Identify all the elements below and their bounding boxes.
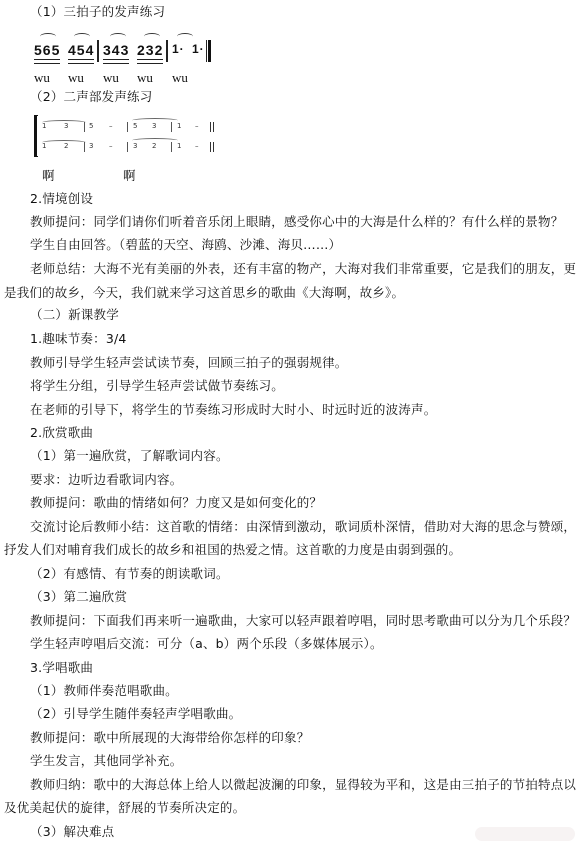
exercise1-heading: （1）三拍子的发声练习: [0, 3, 576, 21]
note-group: 343: [103, 42, 129, 64]
paragraph-line: 老师总结：大海不光有美丽的外表，还有丰富的物产，大海对我们非常重要，它是我们的朋…: [0, 260, 576, 278]
barline: [97, 40, 99, 62]
barline: [166, 40, 168, 62]
paragraph-line: 将学生分组，引导学生轻声尝试做节奏练习。: [0, 377, 576, 395]
syllable: 啊: [42, 166, 55, 184]
paragraph-line: 交流讨论后教师小结：这首歌的情绪：由深情到激动，歌词质朴深情，借助对大海的思念与…: [0, 518, 576, 536]
paragraph-line: 学生自由回答。（碧蓝的天空、海鸥、沙滩、海贝……）: [0, 236, 576, 254]
syllable: wu: [34, 70, 50, 86]
syllable: wu: [103, 70, 119, 86]
paragraph-line: （2）引导学生随伴奏轻声学唱歌曲。: [0, 705, 576, 723]
paragraph-line: 学生发言，其他同学补充。: [0, 752, 576, 770]
slur-icon: [144, 33, 160, 40]
syllable: 啊: [123, 166, 136, 184]
syllable: wu: [172, 70, 188, 86]
note-group: 232: [137, 42, 163, 64]
paragraph-line: （3）第二遍欣赏: [0, 588, 576, 606]
subheading-sing: 3.学唱歌曲: [0, 659, 576, 677]
paragraph-line: 要求：边听边看歌词内容。: [0, 471, 576, 489]
syllable: wu: [137, 70, 153, 86]
section-heading-situation: 2.情境创设: [0, 190, 576, 208]
slur-icon: [110, 33, 126, 40]
slur-icon: [177, 33, 193, 40]
paragraph-line: 教师提问：同学们请你们听着音乐闭上眼睛，感受你心中的大海是什么样的？有什么样的景…: [0, 213, 576, 231]
exercise2-heading: （2）二声部发声练习: [0, 88, 576, 106]
subheading-appreciate: 2.欣赏歌曲: [0, 424, 576, 442]
note-group: 454: [68, 42, 94, 64]
paragraph-line: 教师引导学生轻声尝试读节奏，回顾三拍子的强弱规律。: [0, 354, 576, 372]
syllable: wu: [68, 70, 84, 86]
paragraph-line: 抒发人们对哺育我们成长的故乡和祖国的热爱之情。这首歌的力度是由弱到强的。: [0, 541, 576, 559]
paragraph-line: 在老师的引导下，将学生的节奏练习形成时大时小、时远时近的波涛声。: [0, 401, 576, 419]
paragraph-line: 教师提问：歌中所展现的大海带给你怎样的印象？: [0, 729, 576, 747]
paragraph-line: 学生轻声哼唱后交流：可分（a、b）两个乐段（多媒体展示）。: [0, 635, 576, 653]
background-smudge: [475, 827, 575, 841]
paragraph-line: （1）教师伴奏范唱歌曲。: [0, 682, 576, 700]
final-barline: [206, 40, 211, 62]
paragraph-line: 及优美起伏的旋律，舒展的节奏所决定的。: [0, 799, 576, 817]
section-heading-new-lesson: （二）新课教学: [0, 306, 576, 324]
paragraph-line: 是我们的故乡，今天，我们就来学习这首思乡的歌曲《大海啊，故乡》。: [0, 284, 576, 302]
slur-icon: [74, 33, 90, 40]
score-triple-meter: 565 454 343 232 1· 1· wu wu wu wu wu: [34, 32, 234, 78]
score-two-part: 1 3 5 – 5 3 1 – 1 2 3 – 3 2 1 –: [34, 115, 234, 159]
system-brace: [34, 115, 38, 157]
paragraph-line: （1）第一遍欣赏，了解歌词内容。: [0, 447, 576, 465]
paragraph-line: 教师提问：歌曲的情绪如何？力度又是如何变化的？: [0, 494, 576, 512]
paragraph-line: 教师归纳：歌中的大海总体上给人以微起波澜的印象，显得较为平和，这是由三拍子的节拍…: [0, 776, 576, 794]
note-dotted: 1·: [172, 42, 185, 56]
note-dotted: 1·: [192, 42, 205, 56]
subheading-rhythm: 1.趣味节奏：3/4: [0, 330, 576, 348]
paragraph-line: （2）有感情、有节奏的朗读歌词。: [0, 565, 576, 583]
slur-icon: [40, 33, 56, 40]
paragraph-line: 教师提问：下面我们再来听一遍歌曲，大家可以轻声跟着哼唱，同时思考歌曲可以分为几个…: [0, 612, 576, 630]
note-group: 565: [34, 42, 60, 64]
